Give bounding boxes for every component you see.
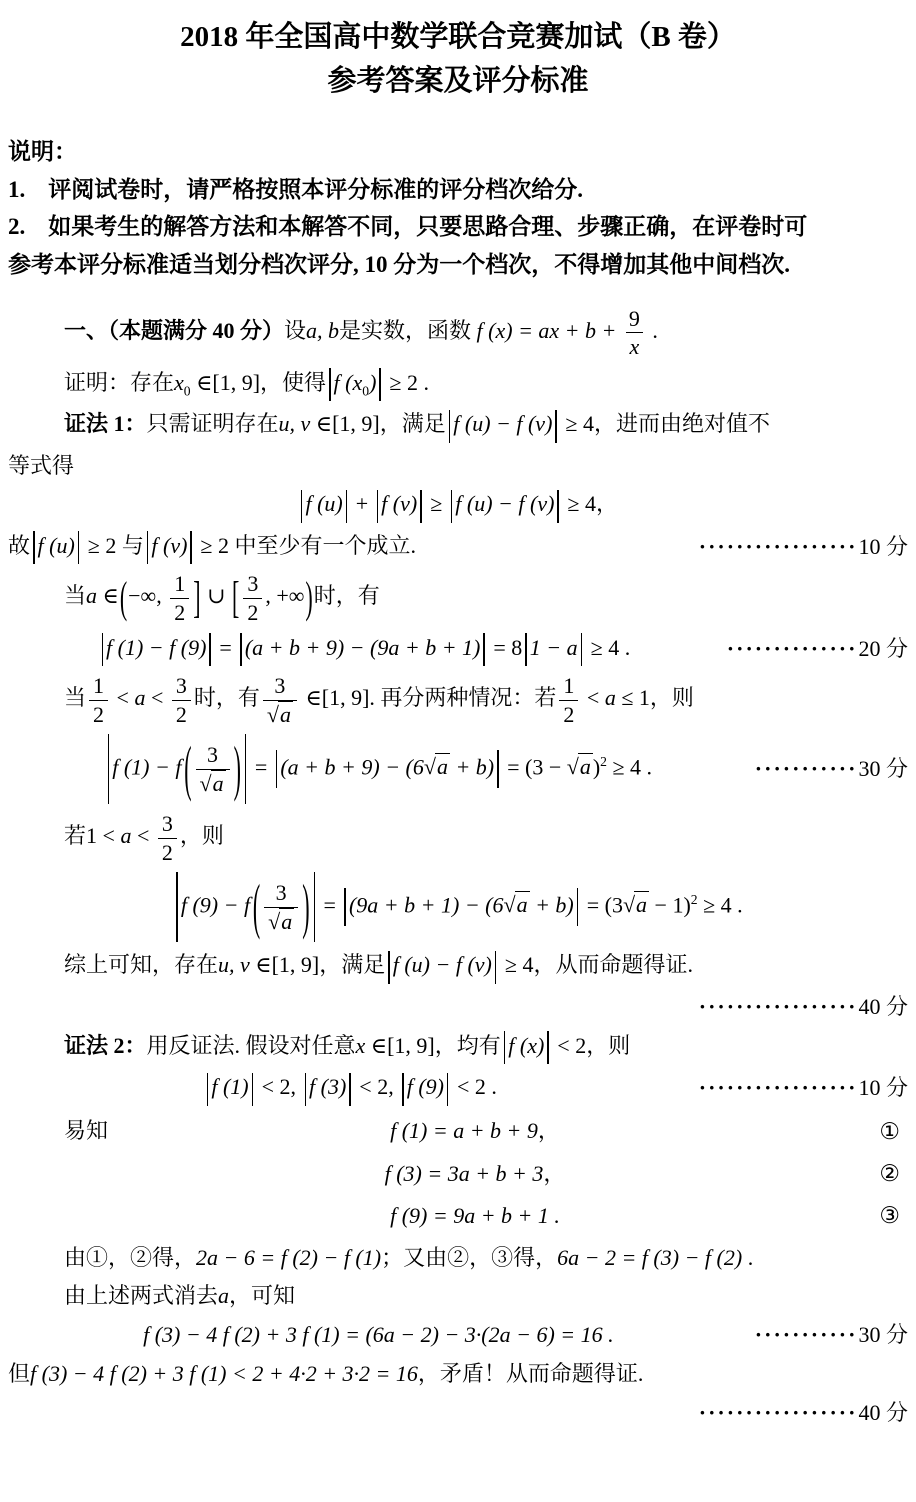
math-run: =	[214, 635, 237, 660]
score-points: 10 分	[858, 1075, 908, 1100]
math-run: ≥ 4	[560, 411, 594, 436]
fraction: 3√a	[263, 673, 297, 727]
equation-case-upper: f (9) − f(3√a) = (9a + b + 1) − (6√a + b…	[8, 872, 908, 942]
math-run: 6a − 2 = f (3) − f (2)	[557, 1245, 742, 1270]
math-run: x	[356, 1033, 366, 1058]
abs-value-bar	[555, 410, 557, 443]
square-root: √a	[424, 754, 450, 779]
numbered-equation-2: f (3) = 3a + b + 3， ②	[8, 1157, 908, 1190]
math-run: f (1)	[211, 1074, 248, 1099]
numerator: 3	[270, 673, 289, 699]
notes-item-2-line-1: 2. 如果考生的解答方法和本解答不同，只要思路合理、步骤正确，在评卷时可	[8, 210, 908, 245]
math-run: a	[86, 583, 97, 608]
math-run: 9	[629, 306, 640, 331]
proof1-intro: 证法 1：只需证明存在u, v ∈[1, 9]，满足f (u) − f (v) …	[8, 408, 908, 442]
math-run: a	[580, 754, 591, 779]
radicand: a	[515, 891, 530, 917]
abs-value-bar	[547, 1031, 549, 1064]
numerator: 1	[559, 673, 578, 699]
denominator: √a	[263, 700, 297, 727]
math-run: a	[517, 892, 528, 917]
big-delimiter: (	[252, 862, 261, 951]
big-delimiter: (	[119, 566, 128, 630]
math-run: ≥	[425, 491, 448, 516]
abs-value-bar	[245, 734, 247, 804]
denominator: x	[626, 332, 644, 359]
abs-value-bar	[301, 490, 303, 523]
math-run: u, v	[279, 411, 311, 436]
text-run: 由①，②得，	[64, 1245, 196, 1270]
math-run: 2	[162, 840, 173, 865]
score-points: 30 分	[858, 1322, 908, 1347]
abs-value-bar	[78, 531, 80, 564]
abs-value-bar	[252, 1073, 254, 1106]
notes-heading: 说明：	[8, 135, 908, 170]
radicand: a	[279, 908, 294, 934]
math-run: f (u) − f (v)	[455, 491, 554, 516]
math-run: ∈[1, 9]	[191, 370, 260, 395]
text-run: ，均有	[435, 1033, 501, 1058]
fraction: 12	[170, 571, 189, 625]
math-run: ∈[1, 9].	[300, 685, 380, 710]
radicand: a	[578, 753, 593, 779]
big-delimiter: )	[304, 566, 313, 630]
math-run: ≥ 2	[82, 533, 122, 558]
math-run: x	[174, 370, 184, 395]
abs-value-bar	[349, 1073, 351, 1106]
abs-value-bar	[377, 490, 379, 523]
score-marker-40-proof2: ·················40 分	[699, 1400, 908, 1425]
math-run: 2	[176, 702, 187, 727]
text-run: 是实数，函数	[339, 318, 477, 343]
math-run: a	[218, 1283, 229, 1308]
text-run: 再分两种情况：若	[380, 685, 556, 710]
step-30-proof2-line: f (3) − 4 f (2) + 3 f (1) = (6a − 2) − 3…	[8, 1319, 908, 1351]
math-run: + b)	[450, 754, 494, 779]
big-delimiter: )	[301, 862, 310, 951]
math-run: < 2,	[256, 1074, 301, 1099]
math-run: +	[350, 491, 373, 516]
abs-value-bar	[276, 750, 278, 787]
step-40-proof2-line: ·················40 分	[8, 1397, 908, 1429]
text-run: ，	[543, 1161, 565, 1186]
text-run: ，则	[650, 685, 694, 710]
step-30-proof1-line: f (1) − f(3√a) = (a + b + 9) − (6√a + b)…	[8, 734, 908, 804]
score-points: 30 分	[858, 756, 908, 781]
denominator: 2	[559, 700, 578, 727]
text-run: ；又由②，③得，	[381, 1245, 557, 1270]
math-run: f (3) = 3a + b + 3	[385, 1161, 544, 1186]
math-run: 1 <	[86, 823, 120, 848]
abs-value-inequality: f (u) + f (v) ≥ f (u) − f (v) ≥ 4，	[8, 488, 908, 522]
math-run: <	[111, 685, 134, 710]
fraction: 3√a	[196, 742, 230, 796]
text-run: ，可知	[229, 1283, 295, 1308]
score-dots: ·················	[699, 1075, 858, 1100]
square-root: √a	[623, 892, 649, 917]
abs-value-bar	[402, 1073, 404, 1106]
math-run: a	[437, 754, 448, 779]
math-run: = (3	[581, 892, 623, 917]
score-dots: ·················	[699, 994, 858, 1019]
abs-value-bar	[504, 1031, 506, 1064]
math-run: < 2,	[354, 1074, 399, 1099]
radicand: a	[278, 701, 293, 727]
equation-3-number: ③	[830, 1199, 908, 1232]
math-run: 1	[174, 571, 185, 596]
math-run: f (3) − 4 f (2) + 3 f (1) = (6a − 2) − 3…	[143, 1322, 614, 1347]
math-run: 3	[247, 571, 258, 596]
superscript: 2	[600, 754, 607, 769]
score-dots: ··············	[727, 636, 858, 661]
math-run: a	[120, 823, 131, 848]
text-run: 用反证法. 假设对任意	[147, 1033, 356, 1058]
step-10-proof1-line: 故f (u) ≥ 2 与f (v) ≥ 2 中至少有一个成立. ········…	[8, 530, 908, 564]
denominator: √a	[196, 769, 230, 796]
derivation-line: 由①，②得，2a − 6 = f (2) − f (1)；又由②，③得，6a −…	[8, 1242, 908, 1274]
text-run: 当	[64, 685, 86, 710]
text-run: ，满足	[380, 411, 446, 436]
abs-value-bar	[483, 633, 485, 666]
math-run: a	[636, 892, 647, 917]
denominator: 2	[243, 598, 262, 625]
text-run: 但	[8, 1361, 30, 1386]
math-run: .	[647, 318, 658, 343]
step-10-proof1-text: 故f (u) ≥ 2 与f (v) ≥ 2 中至少有一个成立.	[8, 530, 693, 564]
equation-1-number: ①	[830, 1115, 908, 1148]
score-marker-10-proof1: ·················10 分	[699, 531, 908, 563]
big-delimiter: (	[183, 724, 192, 813]
math-run: a	[281, 909, 292, 934]
numbered-equation-1: 易知 f (1) = a + b + 9， ①	[8, 1115, 908, 1148]
abs-value-bar	[346, 490, 348, 523]
equation-1-formula: f (1) = a + b + 9，	[120, 1115, 830, 1147]
denominator: 2	[170, 598, 189, 625]
problem-1-solution: 一、（本题满分 40 分）设a, b是实数，函数 f (x) = ax + b …	[8, 306, 908, 1429]
abs-value-bar	[207, 1073, 209, 1106]
math-run: + b)	[530, 892, 574, 917]
math-run: ∪	[202, 583, 231, 608]
score-marker-20-proof1: ··············20 分	[727, 633, 908, 665]
text-run: ，	[538, 1118, 560, 1143]
abs-value-bar	[577, 888, 579, 925]
case-a-middle: 当12 < a < 32时，有3√a ∈[1, 9]. 再分两种情况：若12 <…	[8, 673, 908, 727]
math-run: ∈	[97, 583, 119, 608]
fraction: 32	[172, 673, 191, 727]
numerator: 3	[172, 673, 191, 699]
math-run: u, v	[218, 952, 250, 977]
text-run: 故	[8, 533, 30, 558]
fraction: 9x	[625, 306, 644, 360]
bold-text-run: 证法 2：	[64, 1033, 147, 1058]
abs-value-bar	[190, 531, 192, 564]
text-run: ，进而由绝对值不	[594, 411, 770, 436]
math-run: f (u) − f (v)	[393, 952, 492, 977]
denominator: 2	[172, 700, 191, 727]
math-run: <	[581, 685, 604, 710]
math-run: 3	[207, 742, 218, 767]
numerator: 3	[203, 742, 222, 768]
math-run: 2	[247, 600, 258, 625]
denominator: 2	[158, 838, 177, 865]
math-run: ≥ 2 .	[384, 370, 429, 395]
notes-item-1: 1. 评阅试卷时，请严格按照本评分标准的评分档次给分.	[8, 173, 908, 208]
math-run: ∈[1, 9]	[310, 411, 379, 436]
abs-value-bar	[305, 1073, 307, 1106]
math-run: = (3 −	[502, 754, 567, 779]
score-marker-10-proof2: ·················10 分	[699, 1072, 908, 1104]
abs-value-bar	[314, 872, 316, 942]
document-header: 2018 年全国高中数学联合竞赛加试（B 卷） 参考答案及评分标准	[8, 16, 908, 103]
text-run: 由上述两式消去	[64, 1283, 218, 1308]
text-run: 证明：存在	[64, 370, 174, 395]
document-title-line-2: 参考答案及评分标准	[8, 60, 908, 104]
equation-2-formula: f (3) = 3a + b + 3，	[120, 1158, 830, 1190]
math-run: ≥ 4	[499, 952, 533, 977]
text-run: ，使得	[260, 370, 326, 395]
math-run: (9a + b + 1) − (6	[349, 892, 504, 917]
math-run: )	[369, 370, 376, 395]
math-run: 2a − 6 = f (2) − f (1)	[196, 1245, 381, 1270]
math-run: f (x	[334, 370, 363, 395]
numerator: 3	[272, 880, 291, 906]
math-run: .	[742, 1245, 753, 1270]
text-run: 综上可知，存在	[64, 952, 218, 977]
math-run: f (1) − f (9)	[106, 635, 206, 660]
math-run: − 1)	[649, 892, 691, 917]
score-dots: ·················	[699, 534, 858, 559]
text-run: 等式得	[8, 453, 74, 478]
fraction: 32	[158, 811, 177, 865]
numerator: 9	[625, 306, 644, 332]
text-run: 设	[284, 318, 306, 343]
competition-answer-document: 2018 年全国高中数学联合竞赛加试（B 卷） 参考答案及评分标准 说明： 1.…	[0, 0, 916, 1502]
math-run: 1	[93, 673, 104, 698]
math-run: <	[145, 685, 168, 710]
score-points: 20 分	[858, 636, 908, 661]
step-30-proof2-equation: f (3) − 4 f (2) + 3 f (1) = (6a − 2) − 3…	[8, 1319, 749, 1351]
math-run: f (x)	[508, 1033, 544, 1058]
math-run: ≥ 2	[195, 533, 235, 558]
math-run: 1	[563, 673, 574, 698]
math-run: 1 − a	[530, 635, 578, 660]
radicand: a	[435, 753, 450, 779]
math-run: 3	[162, 811, 173, 836]
score-marker-30-proof1: ···········30 分	[755, 753, 908, 785]
score-points: 40 分	[858, 994, 908, 1019]
abs-value-bar	[495, 951, 497, 984]
math-run: f (3) − 4 f (2) + 3 f (1) < 2 + 4·2 + 3·…	[30, 1361, 418, 1386]
contradiction-line: 但f (3) − 4 f (2) + 3 f (1) < 2 + 4·2 + 3…	[8, 1358, 908, 1390]
abs-value-bar	[449, 410, 451, 443]
radicand: a	[634, 891, 649, 917]
math-run: = 8	[488, 635, 522, 660]
square-root: √a	[503, 892, 529, 917]
math-run: (a + b + 9) − (9a + b + 1)	[245, 635, 481, 660]
score-points: 10 分	[858, 534, 908, 559]
text-run: ，矛盾！从而命题得证.	[418, 1361, 644, 1386]
square-root: √a	[268, 909, 294, 934]
abs-value-bar	[557, 490, 559, 523]
math-run: a	[134, 685, 145, 710]
math-run: 3	[274, 673, 285, 698]
math-run: a, b	[306, 318, 339, 343]
radical-sign: √	[503, 892, 515, 917]
equation-3-formula: f (9) = 9a + b + 1 .	[120, 1200, 830, 1232]
proof2-intro: 证法 2：用反证法. 假设对任意x ∈[1, 9]，均有f (x) < 2，则	[8, 1030, 908, 1064]
math-run: f (9) − f	[181, 892, 250, 917]
step-10-proof2-line: f (1) < 2, f (3) < 2, f (9) < 2 . ······…	[8, 1071, 908, 1105]
square-root: √a	[567, 754, 593, 779]
text-run: 时，有	[314, 583, 380, 608]
fraction: 12	[89, 673, 108, 727]
big-delimiter: ]	[192, 566, 201, 630]
equation-1-lead-text: 易知	[8, 1115, 120, 1147]
text-run: ，则	[180, 823, 224, 848]
big-delimiter: )	[233, 724, 242, 813]
math-run: f (3)	[309, 1074, 346, 1099]
score-dots: ·················	[699, 1400, 858, 1425]
grading-notes: 说明： 1. 评阅试卷时，请严格按照本评分标准的评分档次给分. 2. 如果考生的…	[8, 135, 908, 282]
numerator: 3	[243, 571, 262, 597]
notes-item-2-line-2: 参考本评分标准适当划分档次评分, 10 分为一个档次，不得增加其他中间档次.	[8, 248, 908, 283]
text-run: 与	[122, 533, 144, 558]
abs-value-bar	[447, 1073, 449, 1106]
score-marker-30-proof2: ···········30 分	[755, 1319, 908, 1351]
math-run: <	[131, 823, 154, 848]
text-run: 当	[64, 583, 86, 608]
case-a-upper: 若1 < a < 32，则	[8, 811, 908, 865]
numbered-equation-3: f (9) = 9a + b + 1 . ③	[8, 1199, 908, 1232]
abs-value-bar	[108, 734, 110, 804]
math-run: a	[213, 771, 224, 796]
math-run: 2	[174, 600, 185, 625]
math-run: f (u)	[38, 533, 75, 558]
score-points: 40 分	[858, 1400, 908, 1425]
text-run: ，则	[586, 1033, 630, 1058]
eliminate-a-line: 由上述两式消去a，可知	[8, 1280, 908, 1312]
radicand: a	[211, 770, 226, 796]
math-run: ≥ 4 .	[698, 892, 743, 917]
text-run: ，满足	[319, 952, 385, 977]
abs-value-bar	[379, 368, 381, 401]
step-30-proof1-equation: f (1) − f(3√a) = (a + b + 9) − (6√a + b)…	[8, 734, 749, 804]
numerator: 1	[170, 571, 189, 597]
text-run: 中至少有一个成立.	[234, 533, 416, 558]
step-40-proof1-line: ·················40 分	[8, 991, 908, 1023]
case-a-outside: 当a ∈(−∞, 12] ∪ [32, +∞)时，有	[8, 571, 908, 625]
math-run: < 2 .	[451, 1074, 496, 1099]
denominator: 2	[89, 700, 108, 727]
document-title-line-1: 2018 年全国高中数学联合竞赛加试（B 卷）	[8, 16, 908, 60]
score-dots: ···········	[755, 756, 858, 781]
abs-value-bar	[451, 490, 453, 523]
problem-1-statement: 一、（本题满分 40 分）设a, b是实数，函数 f (x) = ax + b …	[8, 306, 908, 360]
math-run: f (u)	[305, 491, 342, 516]
math-run: =	[318, 892, 341, 917]
abs-value-bar	[497, 750, 499, 787]
numerator: 3	[158, 811, 177, 837]
radical-sign: √	[200, 771, 212, 796]
math-run: , +∞	[265, 583, 304, 608]
fraction: 12	[559, 673, 578, 727]
abs-value-bar	[240, 633, 242, 666]
superscript: 2	[691, 892, 698, 907]
abs-value-bar	[388, 951, 390, 984]
math-run: =	[249, 754, 272, 779]
math-run: f (u) − f (v)	[453, 411, 552, 436]
abs-value-bar	[581, 633, 583, 666]
math-run: f (9) = 9a + b + 1 .	[390, 1203, 560, 1228]
math-run: ∈[1, 9]	[250, 952, 319, 977]
numerator: 1	[89, 673, 108, 699]
abs-value-bar	[420, 490, 422, 523]
math-run: f (v)	[381, 491, 417, 516]
text-run: ，	[596, 491, 618, 516]
math-run: < 2	[552, 1033, 586, 1058]
math-run: 3	[276, 880, 287, 905]
bold-text-run: 一、（本题满分 40 分）	[64, 318, 284, 343]
bold-text-run: 证法 1：	[64, 411, 147, 436]
math-run: f (1) − f	[112, 754, 181, 779]
abs-value-bar	[102, 633, 104, 666]
denominator: √a	[264, 907, 298, 934]
abs-value-bar	[209, 633, 211, 666]
text-run: 只需证明存在	[147, 411, 279, 436]
abs-value-bar	[329, 368, 331, 401]
score-dots: ···········	[755, 1322, 858, 1347]
step-20-proof1-equation: f (1) − f (9) = (a + b + 9) − (9a + b + …	[8, 632, 721, 666]
proof1-intro-continuation: 等式得	[8, 450, 908, 482]
text-run: 时，有	[194, 685, 260, 710]
math-run: ≥ 4 .	[585, 635, 630, 660]
math-run: f (1) = a + b + 9	[390, 1118, 538, 1143]
subscript: 0	[184, 383, 191, 398]
abs-value-bar	[147, 531, 149, 564]
math-run: a	[280, 702, 291, 727]
abs-value-bar	[344, 888, 346, 925]
math-run: ≥ 4	[562, 491, 596, 516]
abs-value-bar	[176, 872, 178, 942]
math-run: a	[605, 685, 616, 710]
equation-2-number: ②	[830, 1157, 908, 1190]
math-run: 3	[176, 673, 187, 698]
text-run: 若	[64, 823, 86, 848]
math-run: f (x) = ax + b +	[477, 318, 622, 343]
abs-value-bar	[33, 531, 35, 564]
math-run: f (v)	[151, 533, 187, 558]
abs-value-bar	[525, 633, 527, 666]
text-run: ，从而命题得证.	[533, 952, 693, 977]
big-delimiter: [	[231, 566, 240, 630]
math-run: 2	[563, 702, 574, 727]
step-20-proof1-line: f (1) − f (9) = (a + b + 9) − (9a + b + …	[8, 632, 908, 666]
math-run: 2	[93, 702, 104, 727]
square-root: √a	[200, 771, 226, 796]
fraction: 3√a	[264, 880, 298, 934]
score-marker-40-proof1: ·················40 分	[699, 994, 908, 1019]
math-run: ≤ 1	[616, 685, 650, 710]
proof1-conclusion: 综上可知，存在u, v ∈[1, 9]，满足f (u) − f (v) ≥ 4，…	[8, 949, 908, 983]
fraction: 32	[243, 571, 262, 625]
math-run: −∞,	[128, 583, 167, 608]
math-run: (a + b + 9) − (6	[280, 754, 424, 779]
math-run: x	[630, 334, 640, 359]
square-root: √a	[267, 702, 293, 727]
math-run: f (9)	[407, 1074, 444, 1099]
step-10-proof2-equation: f (1) < 2, f (3) < 2, f (9) < 2 .	[8, 1071, 693, 1105]
problem-1-claim: 证明：存在x0 ∈[1, 9]，使得f (x0) ≥ 2 .	[8, 367, 908, 401]
